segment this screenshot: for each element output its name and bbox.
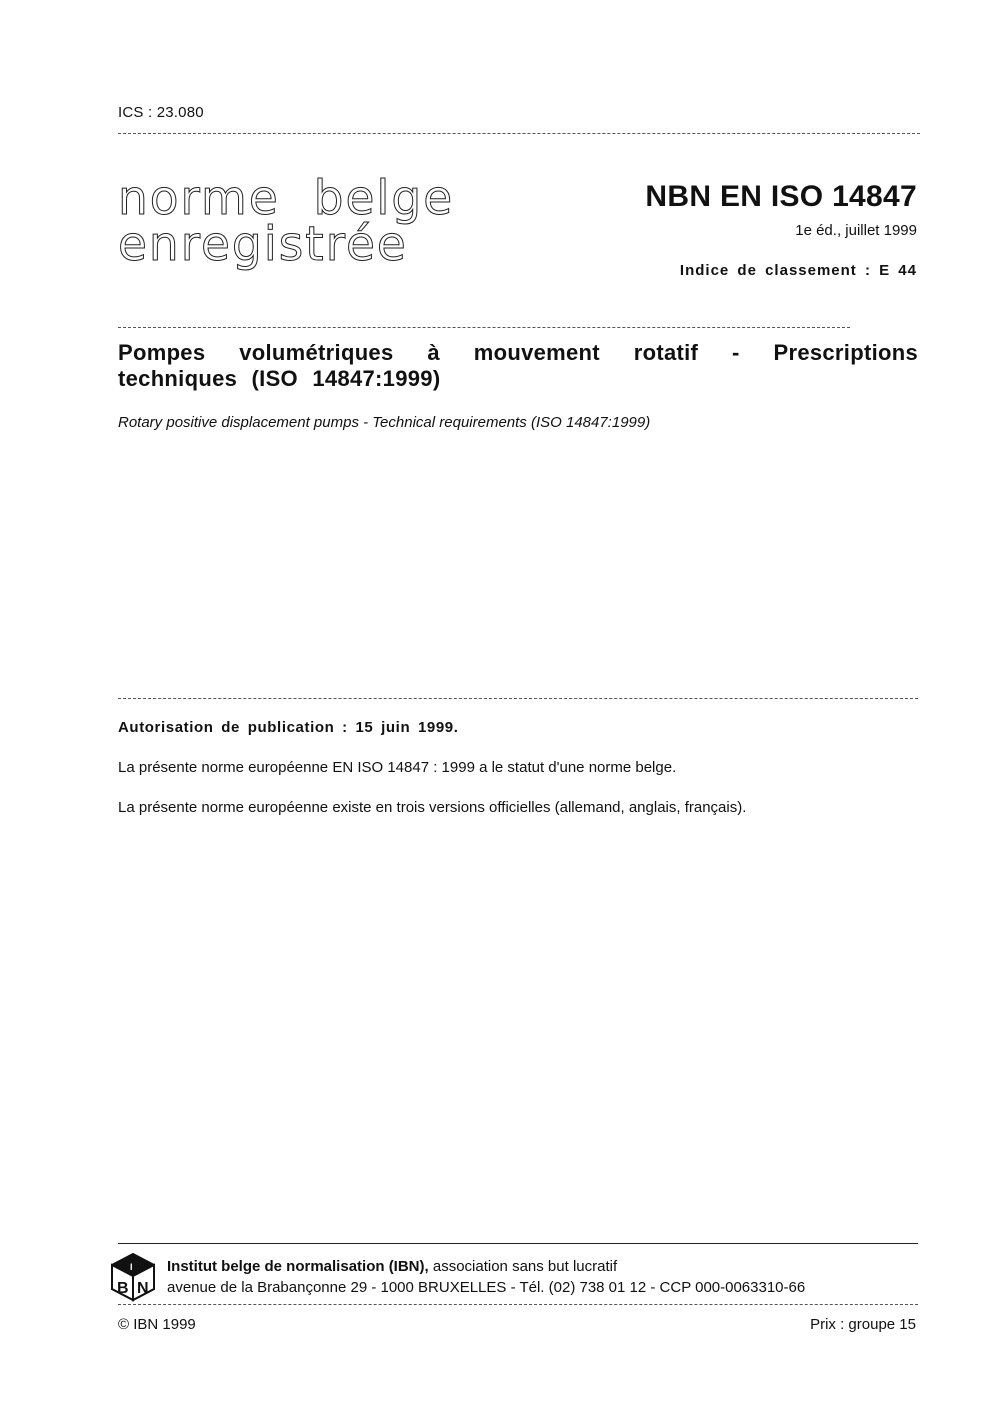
divider xyxy=(118,1304,918,1305)
institute-description: association sans but lucratif xyxy=(429,1258,617,1275)
institute-line: Institut belge de normalisation (IBN), a… xyxy=(167,1256,805,1277)
institute-address: avenue de la Brabançonne 29 - 1000 BRUXE… xyxy=(167,1277,805,1298)
svg-text:I: I xyxy=(130,1262,133,1272)
divider xyxy=(118,327,850,328)
versions-paragraph: La présente norme européenne existe en t… xyxy=(118,799,746,816)
brand-line-1: norme belge xyxy=(118,176,454,222)
svg-text:N: N xyxy=(137,1280,149,1297)
price-group: Prix : groupe 15 xyxy=(810,1316,916,1333)
divider xyxy=(118,1243,918,1244)
document-title-french: Pompes volumétriques à mouvement rotatif… xyxy=(118,340,918,392)
publication-authorisation: Autorisation de publication : 15 juin 19… xyxy=(118,719,459,736)
document-title-english: Rotary positive displacement pumps - Tec… xyxy=(118,414,650,431)
institute-name: Institut belge de normalisation (IBN), xyxy=(167,1258,429,1275)
institute-info: Institut belge de normalisation (IBN), a… xyxy=(167,1256,805,1298)
ics-code: ICS : 23.080 xyxy=(118,104,204,121)
brand-line-2: enregistrée xyxy=(118,222,454,268)
svg-text:B: B xyxy=(117,1280,129,1297)
classification-index: Indice de classement : E 44 xyxy=(680,262,917,279)
divider xyxy=(118,698,918,699)
brand-wordmark: norme belge enregistrée xyxy=(118,176,454,268)
status-paragraph: La présente norme européenne EN ISO 1484… xyxy=(118,759,676,776)
ibn-cube-logo-icon: B N I xyxy=(110,1252,156,1302)
standard-number: NBN EN ISO 14847 xyxy=(645,180,917,214)
edition: 1e éd., juillet 1999 xyxy=(795,222,917,239)
copyright: © IBN 1999 xyxy=(118,1316,196,1333)
divider xyxy=(118,133,920,134)
